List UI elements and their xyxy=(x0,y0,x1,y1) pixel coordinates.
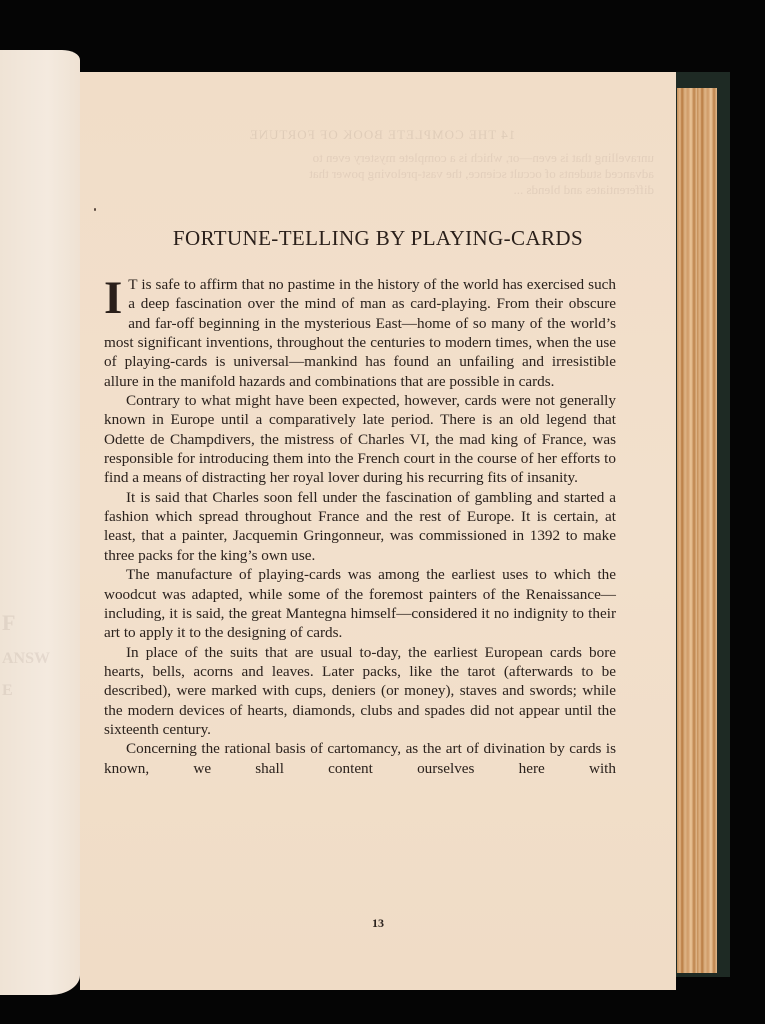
paragraph-3: It is said that Charles soon fell under … xyxy=(104,488,616,565)
paragraph-6: Concerning the rational basis of cartoma… xyxy=(104,739,616,778)
paragraph-5: In place of the suits that are usual to-… xyxy=(104,643,616,740)
left-page-ghost-text: E xyxy=(2,682,13,700)
body-text: IT is safe to affirm that no pastime in … xyxy=(104,275,616,778)
page-fore-edge xyxy=(677,88,717,973)
page-number: 13 xyxy=(80,916,676,931)
paragraph-text: T is safe to affirm that no pastime in t… xyxy=(104,276,616,390)
paragraph-1: IT is safe to affirm that no pastime in … xyxy=(104,275,616,391)
bleed-through-header: 14 THE COMPLETE BOOK OF FORTUNE xyxy=(122,127,642,143)
book-page: 14 THE COMPLETE BOOK OF FORTUNE unravell… xyxy=(80,72,676,990)
drop-cap: I xyxy=(104,279,122,317)
left-page-ghost-text: F xyxy=(2,610,15,636)
paragraph-4: The manufacture of playing-cards was amo… xyxy=(104,565,616,642)
left-page-curl: F ANSW E xyxy=(0,50,80,995)
paragraph-2: Contrary to what might have been expecte… xyxy=(104,391,616,488)
bleed-line: differentiates and blends ... xyxy=(104,182,654,198)
bleed-line: advanced students of occult science, the… xyxy=(104,166,654,182)
bleed-line: unravelling that is even—or, which is a … xyxy=(104,150,654,166)
bleed-through-text: unravelling that is even—or, which is a … xyxy=(104,150,654,198)
left-page-ghost-text: ANSW xyxy=(2,650,50,668)
chapter-title: FORTUNE-TELLING BY PLAYING-CARDS xyxy=(80,226,676,251)
paper-speck xyxy=(94,208,96,211)
